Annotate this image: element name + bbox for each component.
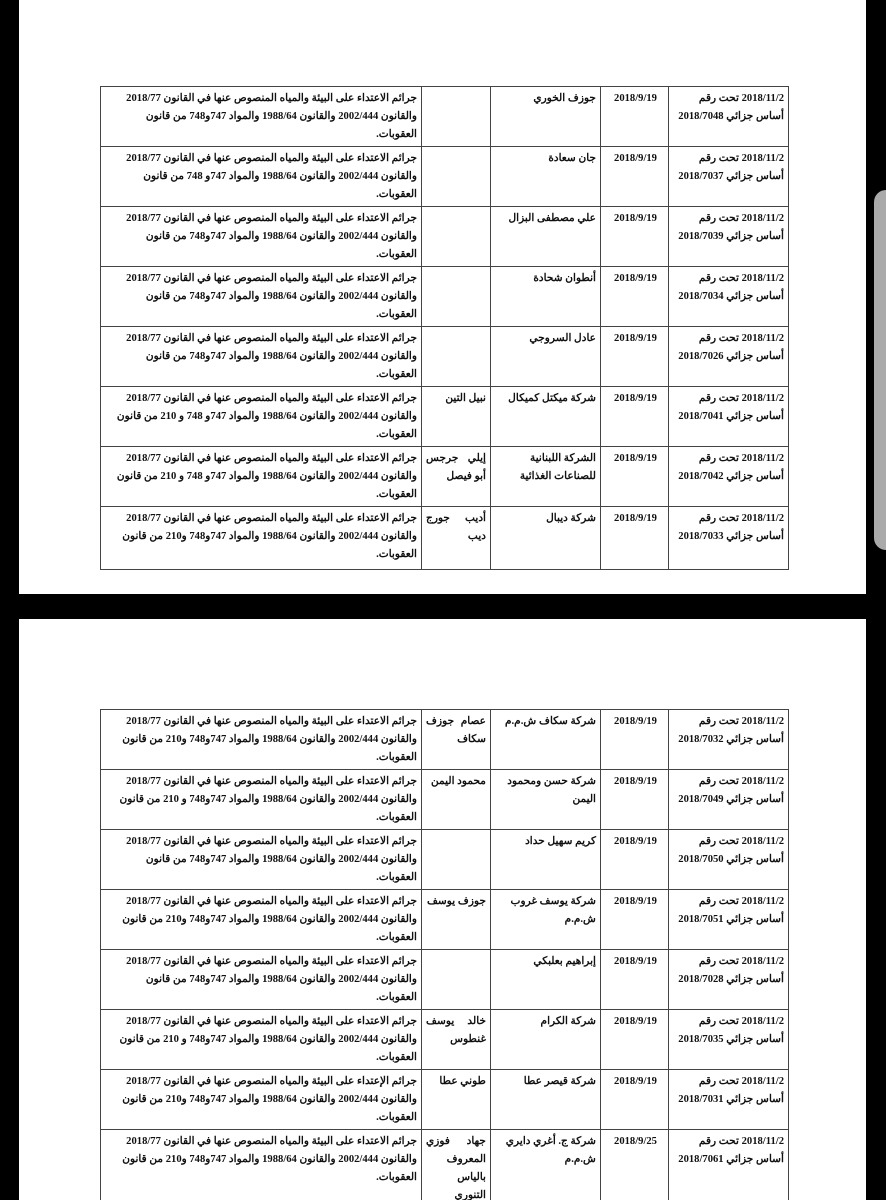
charge-cell: جرائم الاعتداء على البيئة والمياه المنصو… (101, 387, 422, 447)
responsible-cell (422, 950, 491, 1010)
defendant-cell: شركة سكاف ش.م.م (491, 710, 601, 770)
date-cell: 2018/9/19 (601, 830, 669, 890)
table-row: 2018/11/2 تحت رقم أساس جزائي 2018/7033 2… (101, 507, 789, 570)
reference-cell: 2018/11/2 تحت رقم أساس جزائي 2018/7034 (669, 267, 789, 327)
table-row: 2018/11/2 تحت رقم أساس جزائي 2018/7042 2… (101, 447, 789, 507)
reference-cell: 2018/11/2 تحت رقم أساس جزائي 2018/7032 (669, 710, 789, 770)
charge-cell: جرائم الاعتداء على البيئة والمياه المنصو… (101, 770, 422, 830)
document-page-1: 2018/11/2 تحت رقم أساس جزائي 2018/7048 2… (19, 0, 866, 594)
responsible-cell: خالد يوسف غنطوس (422, 1010, 491, 1070)
defendant-cell: شركة حسن ومحمود اليمن (491, 770, 601, 830)
responsible-cell (422, 147, 491, 207)
date-cell: 2018/9/19 (601, 770, 669, 830)
defendant-cell: إبراهيم بعلبكي (491, 950, 601, 1010)
date-cell: 2018/9/19 (601, 267, 669, 327)
reference-cell: 2018/11/2 تحت رقم أساس جزائي 2018/7037 (669, 147, 789, 207)
responsible-cell: نبيل التين (422, 387, 491, 447)
date-cell: 2018/9/19 (601, 1010, 669, 1070)
defendant-cell: شركة ج. أغري دايري ش.م.م (491, 1130, 601, 1200)
charge-cell: جرائم الاعتداء على البيئة والمياه المنصو… (101, 327, 422, 387)
table-row: 2018/11/2 تحت رقم أساس جزائي 2018/7035 2… (101, 1010, 789, 1070)
defendant-cell: شركة ميكتل كميكال (491, 387, 601, 447)
reference-cell: 2018/11/2 تحت رقم أساس جزائي 2018/7041 (669, 387, 789, 447)
responsible-cell: أديب جورج ديب (422, 507, 491, 570)
defendant-cell: جوزف الخوري (491, 87, 601, 147)
charge-cell: جرائم الاعتداء على البيئة والمياه المنصو… (101, 890, 422, 950)
date-cell: 2018/9/19 (601, 387, 669, 447)
charge-cell: جرائم الاعتداء على البيئة والمياه المنصو… (101, 1130, 422, 1200)
defendant-cell: أنطوان شحادة (491, 267, 601, 327)
reference-cell: 2018/11/2 تحت رقم أساس جزائي 2018/7049 (669, 770, 789, 830)
defendant-cell: شركة قيصر عطا (491, 1070, 601, 1130)
charge-cell: جرائم الاعتداء على البيئة والمياه المنصو… (101, 87, 422, 147)
charge-cell: جرائم الاعتداء على البيئة والمياه المنصو… (101, 447, 422, 507)
table-row: 2018/11/2 تحت رقم أساس جزائي 2018/7026 2… (101, 327, 789, 387)
charge-cell: جرائم الاعتداء على البيئة والمياه المنصو… (101, 207, 422, 267)
date-cell: 2018/9/19 (601, 207, 669, 267)
date-cell: 2018/9/19 (601, 87, 669, 147)
date-cell: 2018/9/25 (601, 1130, 669, 1200)
document-viewer: 2018/11/2 تحت رقم أساس جزائي 2018/7048 2… (0, 0, 886, 1200)
responsible-cell: محمود اليمن (422, 770, 491, 830)
date-cell: 2018/9/19 (601, 507, 669, 570)
reference-cell: 2018/11/2 تحت رقم أساس جزائي 2018/7042 (669, 447, 789, 507)
table-row: 2018/11/2 تحت رقم أساس جزائي 2018/7031 2… (101, 1070, 789, 1130)
reference-cell: 2018/11/2 تحت رقم أساس جزائي 2018/7050 (669, 830, 789, 890)
defendant-cell: كريم سهيل حداد (491, 830, 601, 890)
responsible-cell: عصام جوزف سكاف (422, 710, 491, 770)
document-page-2: 2018/11/2 تحت رقم أساس جزائي 2018/7032 2… (19, 619, 866, 1200)
date-cell: 2018/9/19 (601, 147, 669, 207)
responsible-cell: جهاد فوزي المعروف بالياس التنوري (422, 1130, 491, 1200)
responsible-cell (422, 87, 491, 147)
charge-cell: جرائم الاعتداء على البيئة والمياه المنصو… (101, 267, 422, 327)
table-row: 2018/11/2 تحت رقم أساس جزائي 2018/7049 2… (101, 770, 789, 830)
records-table-page-1: 2018/11/2 تحت رقم أساس جزائي 2018/7048 2… (100, 86, 789, 570)
charge-cell: جرائم الإعتداء على البيئة والمياه المنصو… (101, 1070, 422, 1130)
responsible-cell: إيلي جرجس أبو فيصل (422, 447, 491, 507)
defendant-cell: عادل السروجي (491, 327, 601, 387)
charge-cell: جرائم الاعتداء على البيئة والمياه المنصو… (101, 710, 422, 770)
table-row: 2018/11/2 تحت رقم أساس جزائي 2018/7048 2… (101, 87, 789, 147)
date-cell: 2018/9/19 (601, 327, 669, 387)
table-row: 2018/11/2 تحت رقم أساس جزائي 2018/7032 2… (101, 710, 789, 770)
date-cell: 2018/9/19 (601, 890, 669, 950)
date-cell: 2018/9/19 (601, 950, 669, 1010)
table-row: 2018/11/2 تحت رقم أساس جزائي 2018/7037 2… (101, 147, 789, 207)
table-row: 2018/11/2 تحت رقم أساس جزائي 2018/7039 2… (101, 207, 789, 267)
table-row: 2018/11/2 تحت رقم أساس جزائي 2018/7034 2… (101, 267, 789, 327)
responsible-cell (422, 207, 491, 267)
reference-cell: 2018/11/2 تحت رقم أساس جزائي 2018/7035 (669, 1010, 789, 1070)
date-cell: 2018/9/19 (601, 710, 669, 770)
charge-cell: جرائم الاعتداء على البيئة والمياه المنصو… (101, 830, 422, 890)
reference-cell: 2018/11/2 تحت رقم أساس جزائي 2018/7033 (669, 507, 789, 570)
reference-cell: 2018/11/2 تحت رقم أساس جزائي 2018/7031 (669, 1070, 789, 1130)
charge-cell: جرائم الاعتداء على البيئة والمياه المنصو… (101, 507, 422, 570)
reference-cell: 2018/11/2 تحت رقم أساس جزائي 2018/7061 (669, 1130, 789, 1200)
defendant-cell: الشركة اللبنانية للصناعات الغذائية (491, 447, 601, 507)
defendant-cell: علي مصطفى البزال (491, 207, 601, 267)
charge-cell: جرائم الاعتداء على البيئة والمياه المنصو… (101, 950, 422, 1010)
responsible-cell (422, 830, 491, 890)
reference-cell: 2018/11/2 تحت رقم أساس جزائي 2018/7048 (669, 87, 789, 147)
reference-cell: 2018/11/2 تحت رقم أساس جزائي 2018/7026 (669, 327, 789, 387)
responsible-cell: طوني عطا (422, 1070, 491, 1130)
scrollbar-thumb[interactable] (874, 190, 886, 550)
charge-cell: جرائم الاعتداء على البيئة والمياه المنصو… (101, 147, 422, 207)
date-cell: 2018/9/19 (601, 1070, 669, 1130)
table-row: 2018/11/2 تحت رقم أساس جزائي 2018/7061 2… (101, 1130, 789, 1200)
responsible-cell (422, 327, 491, 387)
defendant-cell: شركة الكرام (491, 1010, 601, 1070)
table-row: 2018/11/2 تحت رقم أساس جزائي 2018/7041 2… (101, 387, 789, 447)
reference-cell: 2018/11/2 تحت رقم أساس جزائي 2018/7051 (669, 890, 789, 950)
reference-cell: 2018/11/2 تحت رقم أساس جزائي 2018/7028 (669, 950, 789, 1010)
table-row: 2018/11/2 تحت رقم أساس جزائي 2018/7050 2… (101, 830, 789, 890)
table-row: 2018/11/2 تحت رقم أساس جزائي 2018/7051 2… (101, 890, 789, 950)
reference-cell: 2018/11/2 تحت رقم أساس جزائي 2018/7039 (669, 207, 789, 267)
charge-cell: جرائم الاعتداء على البيئة والمياه المنصو… (101, 1010, 422, 1070)
responsible-cell: جوزف يوسف (422, 890, 491, 950)
defendant-cell: شركة ديبال (491, 507, 601, 570)
date-cell: 2018/9/19 (601, 447, 669, 507)
table-row: 2018/11/2 تحت رقم أساس جزائي 2018/7028 2… (101, 950, 789, 1010)
vertical-scrollbar[interactable] (866, 0, 886, 1200)
records-table-page-2: 2018/11/2 تحت رقم أساس جزائي 2018/7032 2… (100, 709, 789, 1200)
defendant-cell: جان سعادة (491, 147, 601, 207)
responsible-cell (422, 267, 491, 327)
defendant-cell: شركة يوسف غروب ش.م.م (491, 890, 601, 950)
